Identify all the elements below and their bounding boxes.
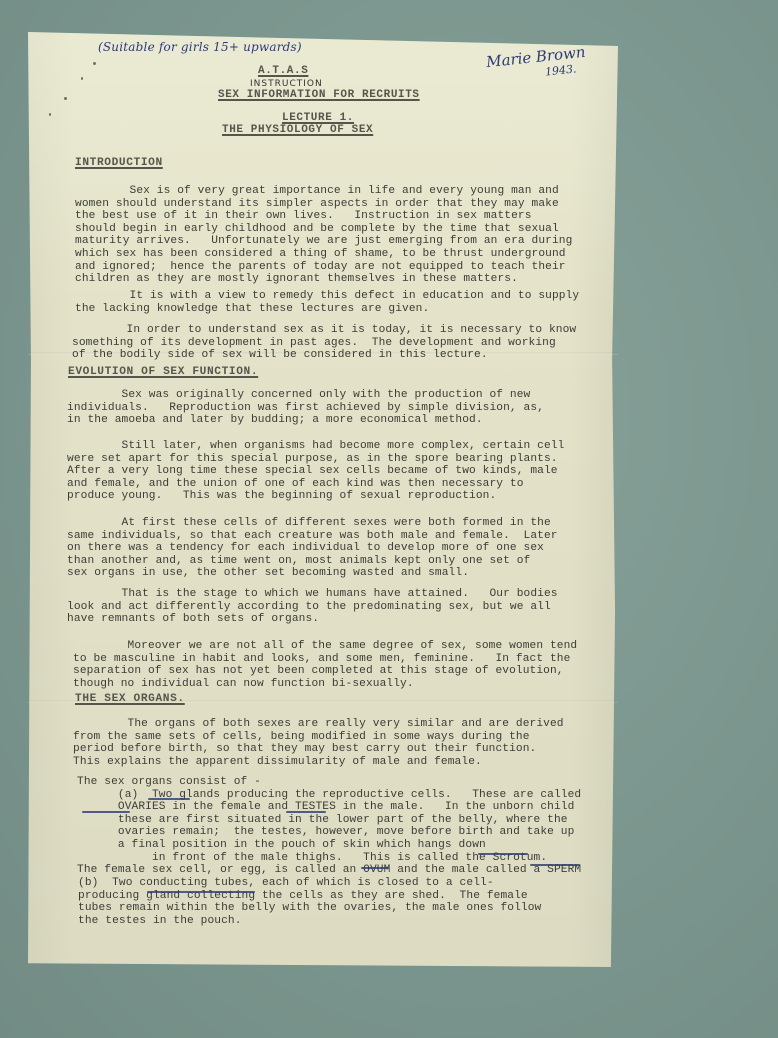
text-line: The sex organs consist of - xyxy=(77,776,581,789)
text-line: of the bodily side of sex will be consid… xyxy=(72,349,576,362)
lecture-subtitle: THE PHYSIOLOGY OF SEX xyxy=(222,124,373,137)
text-line: than another and, as time went on, most … xyxy=(67,555,558,568)
paragraph: That is the stage to which we humans hav… xyxy=(67,588,558,626)
paper-speck xyxy=(49,113,51,116)
text-line: the best use of it in their own lives. I… xyxy=(75,210,572,223)
paragraph: The sex organs consist of - (a) Two glan… xyxy=(77,776,581,877)
text-line: something of its development in past age… xyxy=(72,337,576,350)
text-line: maturity arrives. Unfortunately we are j… xyxy=(75,235,572,248)
paragraph: In order to understand sex as it is toda… xyxy=(72,324,576,362)
text-line: same individuals, so that each creature … xyxy=(67,530,558,543)
text-line: In order to understand sex as it is toda… xyxy=(72,324,576,337)
paragraph: Moreover we are not all of the same degr… xyxy=(73,640,577,690)
text-line: from the same sets of cells, being modif… xyxy=(73,731,564,744)
text-line: individuals. Reproduction was first achi… xyxy=(67,402,544,415)
text-line: sex organs in use, the other set becomin… xyxy=(67,567,558,580)
paragraph: (b) Two conducting tubes, each of which … xyxy=(78,877,541,927)
text-line: the testes in the pouch. xyxy=(78,915,541,928)
paragraph: It is with a view to remedy this defect … xyxy=(75,290,579,315)
text-line: children as they are mostly ignorant the… xyxy=(75,273,572,286)
text-line: and female, and the union of one of each… xyxy=(67,478,564,491)
text-line: have remnants of both sets of organs. xyxy=(67,613,558,626)
text-line: period before birth, so that they may be… xyxy=(73,743,564,756)
text-line: Moreover we are not all of the same degr… xyxy=(73,640,577,653)
handwritten-note: (Suitable for girls 15+ upwards) xyxy=(98,40,302,54)
text-line: women should understand its simpler aspe… xyxy=(75,198,572,211)
lecture-number: LECTURE 1. xyxy=(282,112,354,125)
text-line: on there was a tendency for each individ… xyxy=(67,542,558,555)
text-line: produce young. This was the beginning of… xyxy=(67,490,564,503)
text-line: This explains the apparent dissimularity… xyxy=(73,756,564,769)
text-line: were set apart for this special purpose,… xyxy=(67,453,564,466)
text-line: should begin in early childhood and be c… xyxy=(75,223,572,236)
text-line: After a very long time these special sex… xyxy=(67,465,564,478)
section-heading-introduction: INTRODUCTION xyxy=(75,157,163,170)
text-line: which sex has been considered a thing of… xyxy=(75,248,572,261)
text-line: OVARIES in the female and TESTES in the … xyxy=(77,801,581,814)
text-line: At first these cells of different sexes … xyxy=(67,517,558,530)
text-line: Sex was originally concerned only with t… xyxy=(67,389,544,402)
text-line: It is with a view to remedy this defect … xyxy=(75,290,579,303)
text-line: ovaries remain; the testes, however, mov… xyxy=(77,826,581,839)
section-heading-evolution: EVOLUTION OF SEX FUNCTION. xyxy=(68,366,258,379)
org-heading: A.T.A.S xyxy=(258,65,308,78)
text-line: separation of sex has not yet been compl… xyxy=(73,665,577,678)
pen-underline xyxy=(286,811,326,813)
text-line: look and act differently according to th… xyxy=(67,601,558,614)
text-line: Still later, when organisms had become m… xyxy=(67,440,564,453)
pen-underline xyxy=(148,798,190,800)
paragraph: The organs of both sexes are really very… xyxy=(73,718,564,768)
pen-underline xyxy=(478,853,528,855)
text-line: these are first situated in the lower pa… xyxy=(77,814,581,827)
paragraph: Still later, when organisms had become m… xyxy=(67,440,564,503)
text-line: and ignored; hence the parents of today … xyxy=(75,261,572,274)
paper-speck xyxy=(93,62,96,65)
pen-underline xyxy=(530,864,580,866)
text-line: The organs of both sexes are really very… xyxy=(73,718,564,731)
text-line: a final position in the pouch of skin wh… xyxy=(77,839,581,852)
section-heading-sex-organs: THE SEX ORGANS. xyxy=(75,693,185,706)
text-line: the lacking knowledge that these lecture… xyxy=(75,303,579,316)
text-line: Sex is of very great importance in life … xyxy=(75,185,572,198)
text-line: though no individual can now function bi… xyxy=(73,678,577,691)
pen-underline xyxy=(147,891,255,893)
pen-underline xyxy=(82,811,130,813)
text-line: That is the stage to which we humans hav… xyxy=(67,588,558,601)
document-title: SEX INFORMATION FOR RECRUITS xyxy=(218,89,420,102)
paper-speck xyxy=(64,97,67,100)
handwritten-insert: INSTRUCTION xyxy=(250,79,323,89)
text-line: (b) Two conducting tubes, each of which … xyxy=(78,877,541,890)
pen-underline xyxy=(361,867,389,869)
text-line: tubes remain within the belly with the o… xyxy=(78,902,541,915)
paper-speck xyxy=(81,77,83,80)
text-line: The female sex cell, or egg, is called a… xyxy=(77,864,581,877)
text-line: to be masculine in habit and looks, and … xyxy=(73,653,577,666)
text-line: in the amoeba and later by budding; a mo… xyxy=(67,414,544,427)
paragraph: Sex was originally concerned only with t… xyxy=(67,389,544,427)
paragraph: Sex is of very great importance in life … xyxy=(75,185,572,286)
paragraph: At first these cells of different sexes … xyxy=(67,517,558,580)
